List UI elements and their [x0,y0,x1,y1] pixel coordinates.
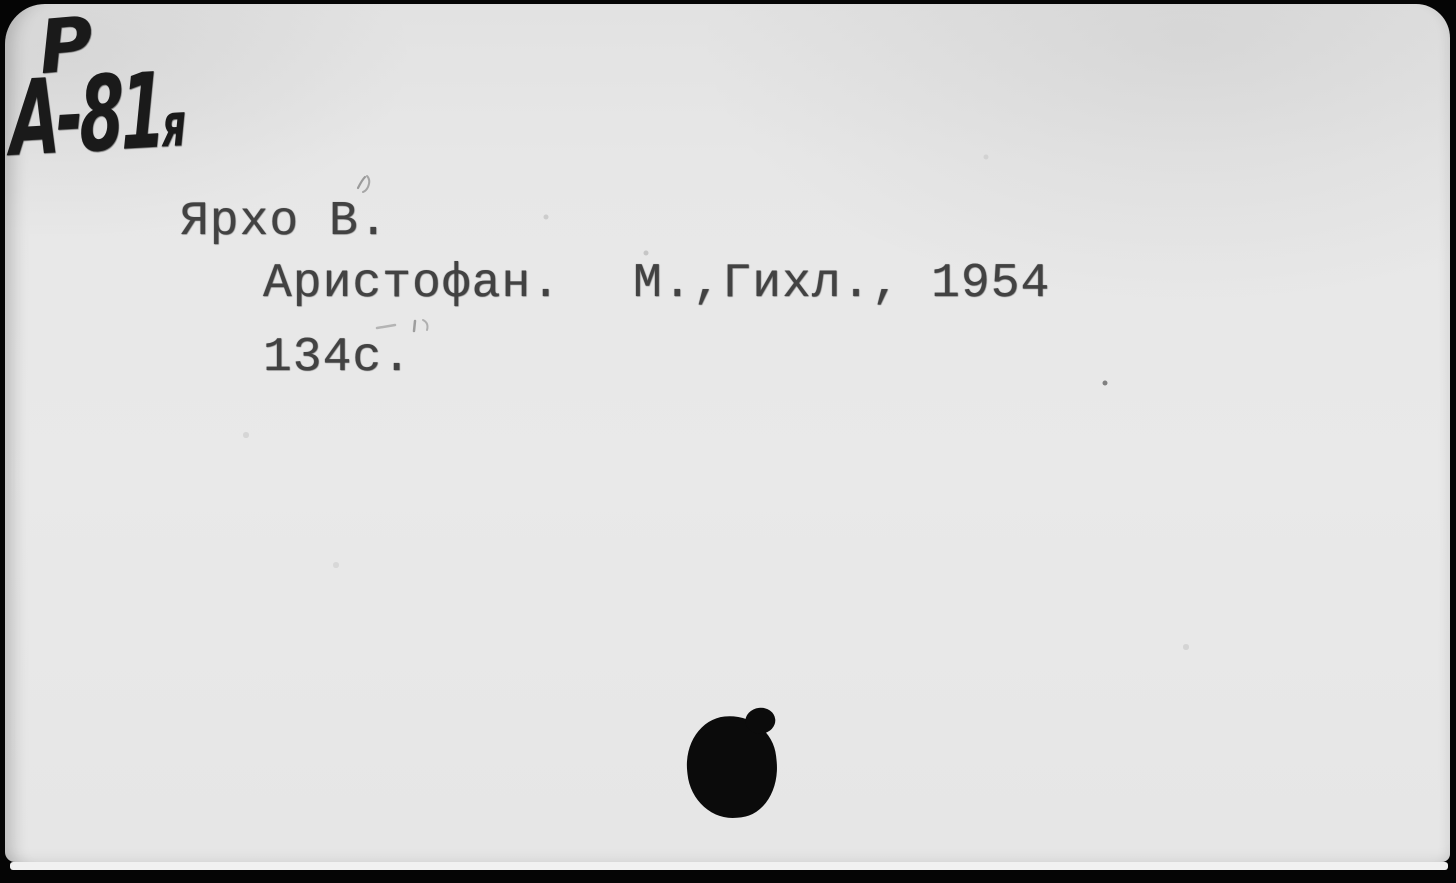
scanner-background: Р А-81я Ярхо В. Аристофан.М.,Гихл., 1954… [0,0,1456,883]
call-number-cutter-suffix: я [161,90,185,161]
pencil-tick-mark [353,172,379,198]
entry-title-line: Аристофан.М.,Гихл., 1954 [263,256,1050,312]
call-number-cutter-main: А-81 [9,49,163,179]
entry-author-line: Ярхо В. [180,194,389,250]
hole-punch-dot [682,712,782,823]
call-number-cutter: А-81я [9,57,185,171]
entry-title: Аристофан. [263,257,561,311]
ink-smudge-mark [373,318,437,340]
card-bottom-edge-highlight [10,862,1448,870]
scan-noise-speckles [5,4,7,6]
entry-publication: М.,Гихл., 1954 [633,257,1050,311]
catalog-card: Р А-81я Ярхо В. Аристофан.М.,Гихл., 1954… [5,4,1450,862]
